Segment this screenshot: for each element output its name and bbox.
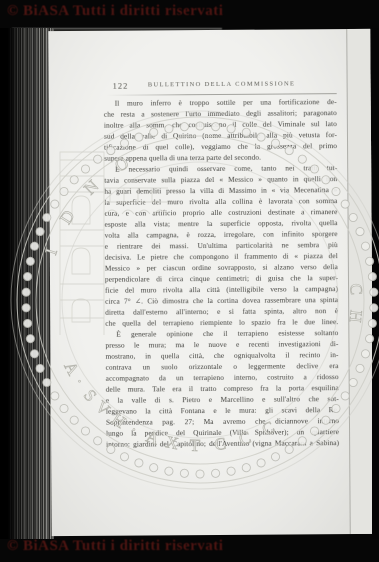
running-title: Bullettino della Commissione bbox=[107, 80, 337, 89]
adjacent-leaf-edge bbox=[346, 29, 374, 534]
copyright-watermark-top: © BiASA Tutti i diritti riservati bbox=[7, 3, 223, 20]
scanned-book-screenshot: © BiASA Tutti i diritti riservati 122 Bu… bbox=[0, 0, 379, 562]
text-block: Il muro inferro è troppo sottile per una… bbox=[104, 96, 339, 450]
book-page: 122 Bullettino della Commissione Il muro… bbox=[48, 29, 374, 536]
text-line: tificazione di quel colle), veggiamo che… bbox=[104, 140, 337, 153]
text-line: lungo la pendice del Quirinale (Villa Sp… bbox=[106, 426, 339, 439]
text-line: Soprintendenza pag. 27; Ma avremo che di… bbox=[106, 415, 339, 428]
text-line: delle mura. Tale era il tratto compreso … bbox=[106, 382, 339, 395]
copyright-watermark-bottom: © BiASA Tutti i diritti riservati bbox=[7, 538, 223, 555]
text-line: leggevano la città Fontana e le mura: gl… bbox=[106, 404, 339, 417]
text-line: e la valle di s. Pietro e Marcellino e s… bbox=[106, 393, 339, 406]
book-photo: 122 Bullettino della Commissione Il muro… bbox=[0, 28, 379, 539]
text-line: accompagnato da un terrapieno interno, c… bbox=[106, 371, 339, 384]
text-line: intorno: giardini del Capitolino; dell'A… bbox=[106, 437, 339, 450]
scan-right-margin bbox=[372, 28, 379, 539]
